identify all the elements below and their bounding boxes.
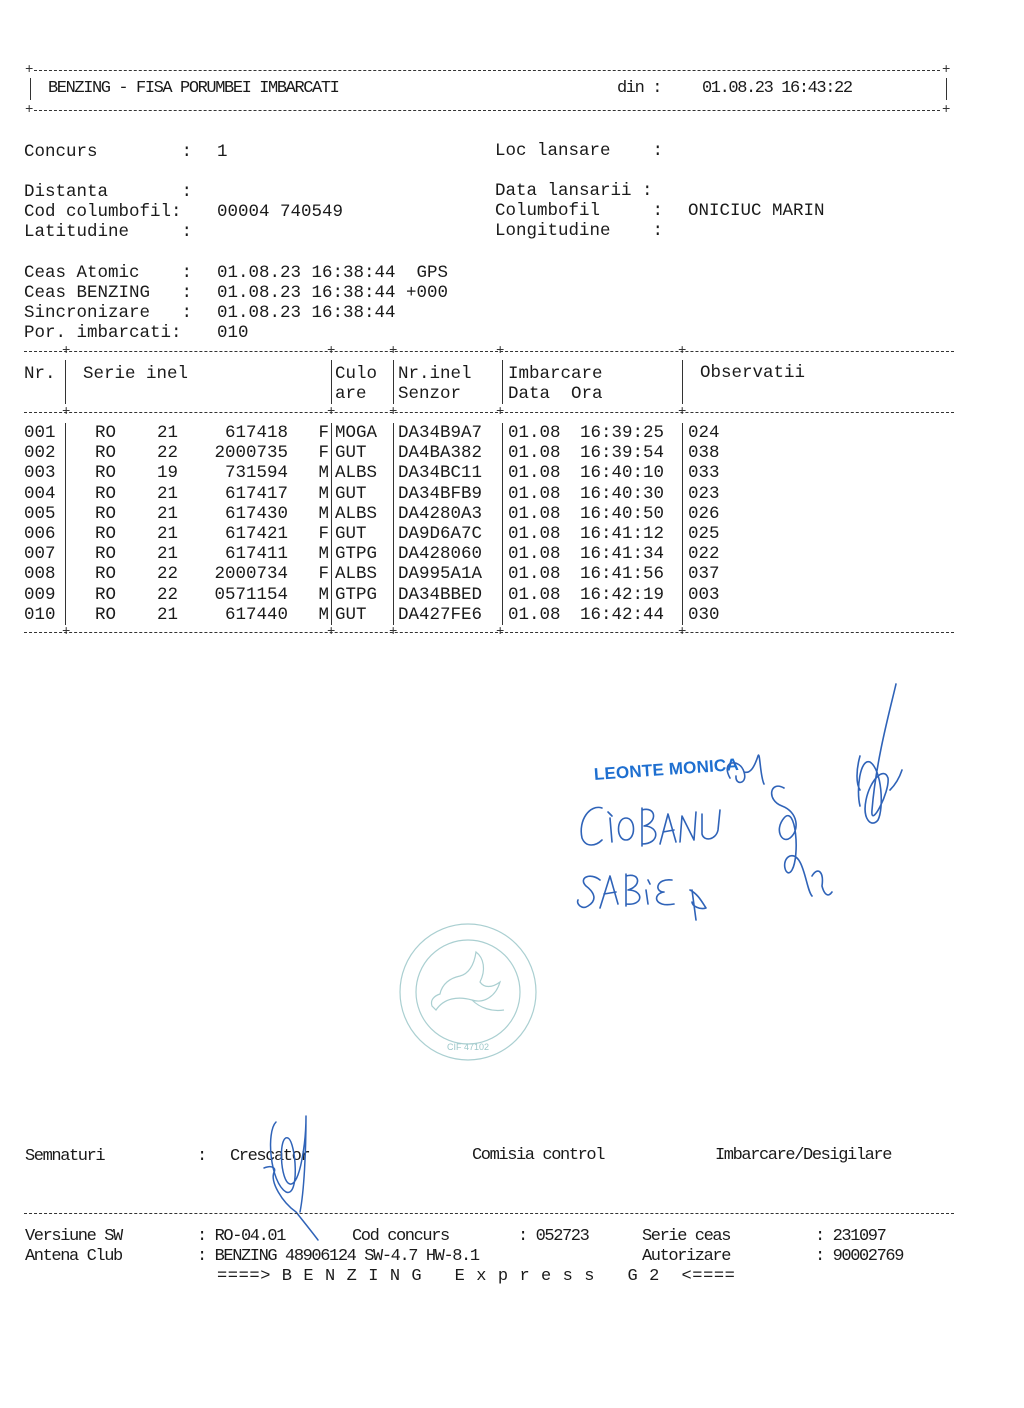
cross-mark: +: [496, 625, 504, 639]
table-row: 006RO21617421FGUTDA9D6A7C01.0816:41:1202…: [24, 524, 954, 544]
cell-country: RO: [95, 504, 116, 524]
cell-year: 22: [157, 564, 178, 584]
longitudine-label: Longitudine :: [495, 221, 663, 241]
col-header-culoare-2: are: [335, 384, 367, 404]
cell-year: 21: [157, 504, 178, 524]
cell-time: 16:41:34: [580, 544, 664, 564]
cell-sex: M: [318, 504, 329, 524]
cell-time: 16:42:19: [580, 585, 664, 605]
divider: [946, 78, 947, 100]
cell-nr: 008: [24, 564, 56, 584]
cell-date: 01.08: [508, 585, 561, 605]
cell-sensor: DA34B9A7: [398, 423, 482, 443]
cell-country: RO: [95, 564, 116, 584]
cross-mark: +: [327, 625, 335, 639]
cell-time: 16:39:54: [580, 443, 664, 463]
cell-color: ALBS: [335, 504, 377, 524]
cell-color: GTPG: [335, 585, 377, 605]
table-row: 007RO21617411MGTPGDA42806001.0816:41:340…: [24, 544, 954, 564]
distanta-label: Distanta :: [24, 182, 192, 202]
cross-mark: +: [496, 405, 504, 419]
page-title: BENZING - FISA PORUMBEI IMBARCATI: [48, 79, 338, 99]
cell-observatii: 024: [688, 423, 720, 443]
cell-sex: M: [318, 585, 329, 605]
cell-color: GUT: [335, 605, 367, 625]
crescator-signature: [256, 1112, 336, 1242]
cell-sex: M: [318, 605, 329, 625]
table-rule-header: [24, 412, 954, 413]
cell-nr: 004: [24, 484, 56, 504]
corner-mark: +: [942, 63, 950, 77]
cell-observatii: 033: [688, 463, 720, 483]
cell-observatii: 022: [688, 544, 720, 564]
cross-mark: +: [678, 405, 686, 419]
autorizare-label: Autorizare: [642, 1247, 730, 1267]
benzing-express-banner: ====> B E N Z I N G E x p r e s s G 2 <=…: [217, 1267, 735, 1287]
cell-date: 01.08: [508, 524, 561, 544]
col-header-imbarcare-2: Data Ora: [508, 384, 603, 404]
cell-year: 22: [157, 443, 178, 463]
col-header-observatii: Observatii: [700, 363, 805, 383]
table-row: 010RO21617440MGUTDA427FE601.0816:42:4403…: [24, 605, 954, 625]
divider: [331, 360, 332, 404]
cell-ring: 617430: [225, 504, 288, 524]
cell-color: GTPG: [335, 544, 377, 564]
cell-sensor: DA427FE6: [398, 605, 482, 625]
cell-ring: 617411: [225, 544, 288, 564]
cell-ring: 0571154: [214, 585, 288, 605]
cell-ring: 617440: [225, 605, 288, 625]
header-timestamp: 01.08.23 16:43:22: [702, 79, 852, 99]
divider: [34, 70, 940, 71]
cell-time: 16:41:12: [580, 524, 664, 544]
corner-mark: +: [25, 63, 33, 77]
cell-sensor: DA4280A3: [398, 504, 482, 524]
cell-observatii: 038: [688, 443, 720, 463]
cell-year: 21: [157, 484, 178, 504]
cell-year: 21: [157, 605, 178, 625]
cell-nr: 001: [24, 423, 56, 443]
ceas-atomic-label: Ceas Atomic :: [24, 263, 192, 283]
col-header-serie: Serie inel: [83, 364, 188, 384]
cross-mark: +: [62, 625, 70, 639]
cell-ring: 2000735: [214, 443, 288, 463]
table-row: 003RO19731594MALBSDA34BC1101.0816:40:100…: [24, 463, 954, 483]
cell-date: 01.08: [508, 544, 561, 564]
cell-time: 16:40:50: [580, 504, 664, 524]
cell-sex: F: [318, 564, 329, 584]
corner-mark: +: [25, 103, 33, 117]
cell-date: 01.08: [508, 605, 561, 625]
cell-date: 01.08: [508, 484, 561, 504]
corner-mark: +: [942, 103, 950, 117]
cell-color: MOGA: [335, 423, 377, 443]
table-row: 008RO222000734FALBSDA995A1A01.0816:41:56…: [24, 564, 954, 584]
cell-sensor: DA34BC11: [398, 463, 482, 483]
cell-observatii: 003: [688, 585, 720, 605]
divider: [682, 360, 683, 404]
cell-sex: M: [318, 484, 329, 504]
serie-ceas-label: Serie ceas: [642, 1227, 730, 1247]
cell-nr: 010: [24, 605, 56, 625]
cell-time: 16:41:56: [580, 564, 664, 584]
table-row: 001RO21617418FMOGADA34B9A701.0816:39:250…: [24, 423, 954, 443]
cross-mark: +: [327, 344, 335, 358]
concurs-value: 1: [217, 142, 228, 162]
cross-mark: +: [389, 625, 397, 639]
cross-mark: +: [389, 344, 397, 358]
cell-sex: F: [318, 443, 329, 463]
cod-concurs-label: Cod concurs: [352, 1227, 449, 1247]
ceas-benzing-label: Ceas BENZING :: [24, 283, 192, 303]
porumbei-imbarcati-value: 010: [217, 323, 249, 343]
serie-ceas-value: : 231097: [815, 1227, 885, 1247]
divider: [502, 360, 503, 404]
concurs-label: Concurs :: [24, 142, 192, 162]
cell-time: 16:40:30: [580, 484, 664, 504]
cell-color: GUT: [335, 443, 367, 463]
divider: [30, 78, 31, 100]
cell-observatii: 023: [688, 484, 720, 504]
cell-country: RO: [95, 605, 116, 625]
versiune-sw-value: : RO-04.01: [197, 1227, 285, 1247]
din-label: din :: [617, 79, 661, 99]
col-header-imbarcare: Imbarcare: [508, 364, 603, 384]
table-row: 005RO21617430MALBSDA4280A301.0816:40:500…: [24, 504, 954, 524]
ceas-atomic-value: 01.08.23 16:38:44 GPS: [217, 263, 448, 283]
columbofil-value: ONICIUC MARIN: [688, 201, 825, 221]
columbofil-label: Columbofil :: [495, 201, 663, 221]
cross-mark: +: [62, 344, 70, 358]
cell-year: 19: [157, 463, 178, 483]
cell-sex: M: [318, 463, 329, 483]
col-header-culoare: Culo: [335, 364, 377, 384]
cell-color: GUT: [335, 524, 367, 544]
cell-sensor: DA4BA382: [398, 443, 482, 463]
cell-time: 16:40:10: [580, 463, 664, 483]
cell-color: ALBS: [335, 564, 377, 584]
cell-sex: F: [318, 423, 329, 443]
cell-nr: 005: [24, 504, 56, 524]
divider: [65, 360, 66, 404]
cell-nr: 007: [24, 544, 56, 564]
table-row: 002RO222000735FGUTDA4BA38201.0816:39:540…: [24, 443, 954, 463]
cell-sensor: DA34BFB9: [398, 484, 482, 504]
cell-year: 21: [157, 524, 178, 544]
latitudine-label: Latitudine :: [24, 222, 192, 242]
cell-nr: 006: [24, 524, 56, 544]
cell-year: 22: [157, 585, 178, 605]
cell-sex: M: [318, 544, 329, 564]
imbarcare-desigilare-label: Imbarcare/Desigilare: [715, 1146, 891, 1166]
col-header-nr: Nr.: [24, 364, 56, 384]
cell-sensor: DA995A1A: [398, 564, 482, 584]
cell-date: 01.08: [508, 423, 561, 443]
seal-text: CIF 47102: [447, 1042, 489, 1052]
sincronizare-value: 01.08.23 16:38:44: [217, 303, 396, 323]
cell-ring: 2000734: [214, 564, 288, 584]
cell-color: GUT: [335, 484, 367, 504]
cell-date: 01.08: [508, 463, 561, 483]
cell-country: RO: [95, 484, 116, 504]
table-row: 009RO220571154MGTPGDA34BBED01.0816:42:19…: [24, 585, 954, 605]
table-row: 004RO21617417MGUTDA34BFB901.0816:40:3002…: [24, 484, 954, 504]
cell-country: RO: [95, 524, 116, 544]
cell-observatii: 026: [688, 504, 720, 524]
cell-ring: 731594: [225, 463, 288, 483]
porumbei-imbarcati-label: Por. imbarcati:: [24, 323, 182, 343]
cell-nr: 009: [24, 585, 56, 605]
antena-club-value: : BENZING 48906124 SW-4.7 HW-8.1: [197, 1247, 479, 1267]
cell-time: 16:39:25: [580, 423, 664, 443]
cell-time: 16:42:44: [580, 605, 664, 625]
cell-ring: 617418: [225, 423, 288, 443]
cell-country: RO: [95, 544, 116, 564]
cell-ring: 617421: [225, 524, 288, 544]
cell-country: RO: [95, 585, 116, 605]
cross-mark: +: [678, 344, 686, 358]
divider: [34, 110, 940, 111]
cross-mark: +: [678, 625, 686, 639]
cell-sensor: DA9D6A7C: [398, 524, 482, 544]
cell-color: ALBS: [335, 463, 377, 483]
cell-observatii: 030: [688, 605, 720, 625]
autorizare-value: : 90002769: [815, 1247, 903, 1267]
cell-country: RO: [95, 423, 116, 443]
cell-nr: 002: [24, 443, 56, 463]
versiune-sw-label: Versiune SW: [25, 1227, 122, 1247]
col-header-senzor-2: Senzor: [398, 384, 461, 404]
ceas-benzing-value: 01.08.23 16:38:44 +000: [217, 283, 448, 303]
data-lansarii-label: Data lansarii :: [495, 181, 653, 201]
cell-country: RO: [95, 443, 116, 463]
cell-sensor: DA428060: [398, 544, 482, 564]
cross-mark: +: [496, 344, 504, 358]
cell-date: 01.08: [508, 443, 561, 463]
col-header-senzor: Nr.inel: [398, 364, 472, 384]
cod-concurs-value: : 052723: [518, 1227, 588, 1247]
cell-observatii: 025: [688, 524, 720, 544]
cross-mark: +: [327, 405, 335, 419]
cell-country: RO: [95, 463, 116, 483]
cell-sex: F: [318, 524, 329, 544]
semnaturi-colon: :: [197, 1147, 206, 1167]
cell-date: 01.08: [508, 504, 561, 524]
cell-observatii: 037: [688, 564, 720, 584]
sincronizare-label: Sincronizare :: [24, 303, 192, 323]
cell-date: 01.08: [508, 564, 561, 584]
table-rule-bottom: [24, 632, 954, 633]
table-rule-top: [24, 351, 954, 352]
cell-year: 21: [157, 423, 178, 443]
cod-columbofil-value: 00004 740549: [217, 202, 343, 222]
loc-lansare-label: Loc lansare :: [495, 141, 663, 161]
semnaturi-label: Semnaturi: [25, 1147, 104, 1167]
cross-mark: +: [62, 405, 70, 419]
cod-columbofil-label: Cod columbofil:: [24, 202, 182, 222]
footer-rule: [24, 1213, 954, 1214]
antena-club-label: Antena Club: [25, 1247, 122, 1267]
seal-icon: CIF 47102: [388, 918, 548, 1066]
signature-scribbles: [560, 680, 920, 930]
cross-mark: +: [389, 405, 397, 419]
cell-sensor: DA34BBED: [398, 585, 482, 605]
comisia-control-label: Comisia control: [472, 1146, 604, 1166]
cell-year: 21: [157, 544, 178, 564]
divider: [393, 360, 394, 404]
cell-ring: 617417: [225, 484, 288, 504]
cell-nr: 003: [24, 463, 56, 483]
